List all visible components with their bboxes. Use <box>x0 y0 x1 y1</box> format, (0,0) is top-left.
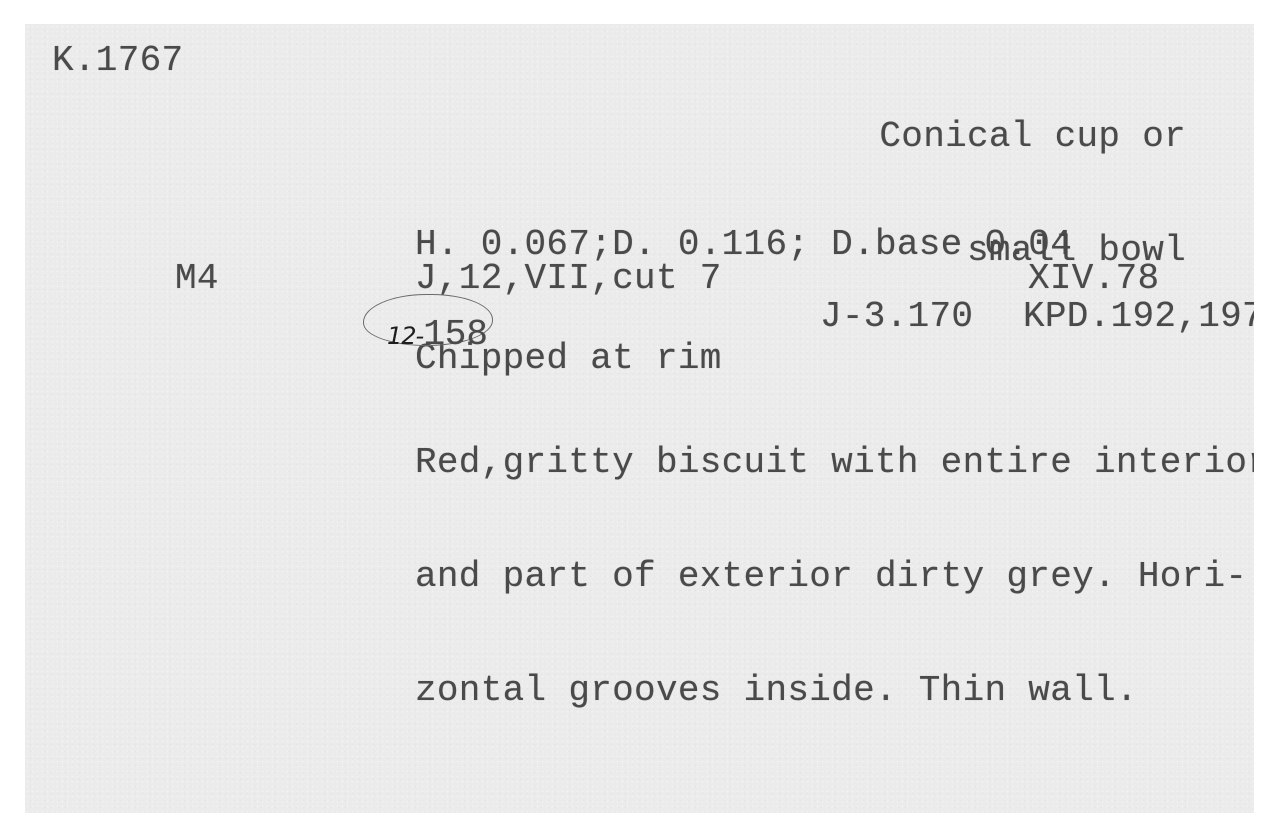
catalog-card: K.1767 Conical cup or small bowl H. 0.06… <box>25 24 1254 813</box>
find-location: J,12,VII,cut 7 <box>415 260 722 298</box>
handwritten-prefix: 12- <box>387 322 423 350</box>
catalog-number: K.1767 <box>52 42 183 80</box>
left-code: M4 <box>175 260 219 298</box>
description-line-3: zontal grooves inside. Thin wall. <box>415 672 1254 710</box>
reference-right-top: XIV.78 <box>1028 260 1159 298</box>
description-line-2: and part of exterior dirty grey. Hori- <box>415 558 1254 596</box>
typed-reference-number: 158 <box>423 314 488 355</box>
reference-kpd: KPD.192,197 <box>1023 298 1254 336</box>
reference-middle: J-3.170 <box>820 298 973 336</box>
description-line-1: Red,gritty biscuit with entire interior <box>415 444 1254 482</box>
circled-reference: 12-158 <box>371 298 488 372</box>
description-block: Red,gritty biscuit with entire interior … <box>415 368 1254 786</box>
